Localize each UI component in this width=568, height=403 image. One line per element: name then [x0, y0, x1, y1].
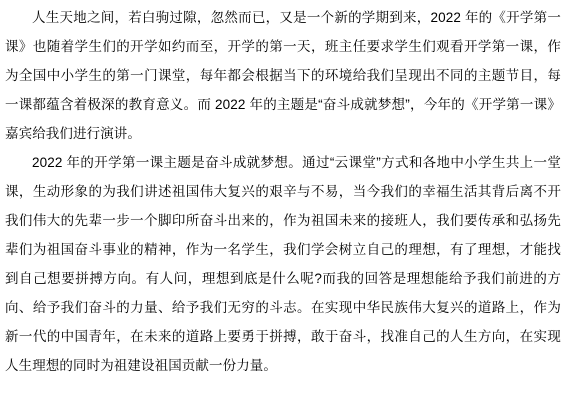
essay-paragraph-1: 人生天地之间，若白驹过隙，忽然而已，又是一个新的学期到来，2022 年的《开学第…	[5, 3, 561, 148]
essay-paragraph-2: 2022 年的开学第一课主题是奋斗成就梦想。通过“云课堂”方式和各地中小学生共上…	[5, 148, 561, 380]
document-page: 人生天地之间，若白驹过隙，忽然而已，又是一个新的学期到来，2022 年的《开学第…	[0, 0, 568, 403]
